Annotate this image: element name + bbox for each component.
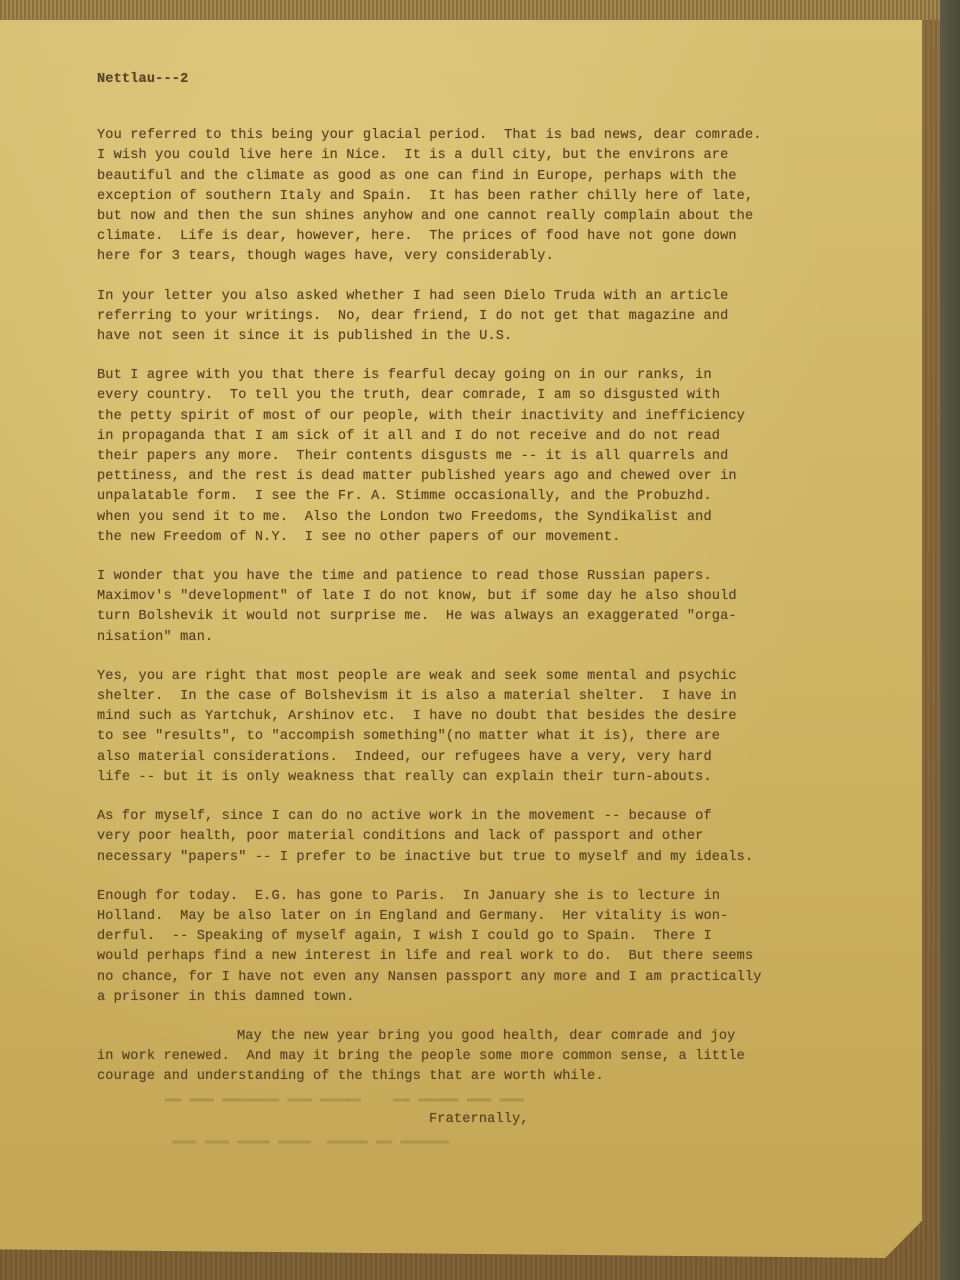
text-line: Maximov's "development" of late I do not… (97, 587, 897, 607)
closing-first-line: May the new year bring you good health, … (97, 1027, 897, 1047)
paragraph: But I agree with you that there is fearf… (97, 366, 897, 548)
text-line: have not seen it since it is published i… (97, 327, 897, 347)
text-line: I wish you could live here in Nice. It i… (97, 146, 897, 166)
text-line: referring to your writings. No, dear fri… (97, 307, 897, 327)
text-line: You referred to this being your glacial … (97, 126, 897, 146)
text-line: As for myself, since I can do no active … (97, 807, 897, 827)
paragraph: Yes, you are right that most people are … (97, 667, 897, 788)
bleed-through-text-2: ▬▬▬ ▬▬▬ ▬▬▬▬ ▬▬▬▬ ▬▬▬▬▬ ▬▬ ▬▬▬▬▬▬ (172, 1134, 449, 1149)
text-line: life -- but it is only weakness that rea… (97, 768, 897, 788)
text-line: Enough for today. E.G. has gone to Paris… (97, 887, 897, 907)
text-line: a prisoner in this damned town. (97, 988, 897, 1008)
paragraph: As for myself, since I can do no active … (97, 807, 897, 868)
text-line: In your letter you also asked whether I … (97, 287, 897, 307)
text-line: mind such as Yartchuk, Arshinov etc. I h… (97, 707, 897, 727)
text-line: no chance, for I have not even any Nanse… (97, 968, 897, 988)
paragraph: In your letter you also asked whether I … (97, 287, 897, 348)
text-line: when you send it to me. Also the London … (97, 508, 897, 528)
paragraph: You referred to this being your glacial … (97, 126, 897, 267)
text-line: climate. Life is dear, however, here. Th… (97, 227, 897, 247)
text-line: necessary "papers" -- I prefer to be ina… (97, 848, 897, 868)
text-line: but now and then the sun shines anyhow a… (97, 207, 897, 227)
text-line: shelter. In the case of Bolshevism it is… (97, 687, 897, 707)
closing-line: in work renewed. And may it bring the pe… (97, 1047, 897, 1067)
text-line: But I agree with you that there is fearf… (97, 366, 897, 386)
text-line: I wonder that you have the time and pati… (97, 567, 897, 587)
text-line: Yes, you are right that most people are … (97, 667, 897, 687)
text-line: also material considerations. Indeed, ou… (97, 748, 897, 768)
closing-paragraph: May the new year bring you good health, … (97, 1027, 897, 1088)
text-line: Holland. May be also later on in England… (97, 907, 897, 927)
text-line: to see "results", to "accompish somethin… (97, 727, 897, 747)
right-edge-shadow (940, 0, 960, 1280)
letter-body: Nettlau---2 You referred to this being y… (97, 70, 897, 1130)
signoff: Fraternally, (97, 1110, 897, 1130)
text-line: exception of southern Italy and Spain. I… (97, 187, 897, 207)
text-line: beautiful and the climate as good as one… (97, 167, 897, 187)
text-line: would perhaps find a new interest in lif… (97, 947, 897, 967)
text-line: very poor health, poor material conditio… (97, 827, 897, 847)
text-line: in propaganda that I am sick of it all a… (97, 427, 897, 447)
paragraph: I wonder that you have the time and pati… (97, 567, 897, 648)
paragraphs: You referred to this being your glacial … (97, 126, 897, 1008)
text-line: their papers any more. Their contents di… (97, 447, 897, 467)
text-line: the petty spirit of most of our people, … (97, 407, 897, 427)
text-line: pettiness, and the rest is dead matter p… (97, 467, 897, 487)
closing-line: courage and understanding of the things … (97, 1067, 897, 1087)
text-line: unpalatable form. I see the Fr. A. Stimm… (97, 487, 897, 507)
text-line: here for 3 tears, though wages have, ver… (97, 247, 897, 267)
text-line: every country. To tell you the truth, de… (97, 386, 897, 406)
page-heading: Nettlau---2 (97, 70, 897, 90)
text-line: nisation" man. (97, 628, 897, 648)
paragraph: Enough for today. E.G. has gone to Paris… (97, 887, 897, 1008)
text-line: derful. -- Speaking of myself again, I w… (97, 927, 897, 947)
top-edge-strip (0, 0, 940, 20)
text-line: the new Freedom of N.Y. I see no other p… (97, 528, 897, 548)
text-line: turn Bolshevik it would not surprise me.… (97, 607, 897, 627)
